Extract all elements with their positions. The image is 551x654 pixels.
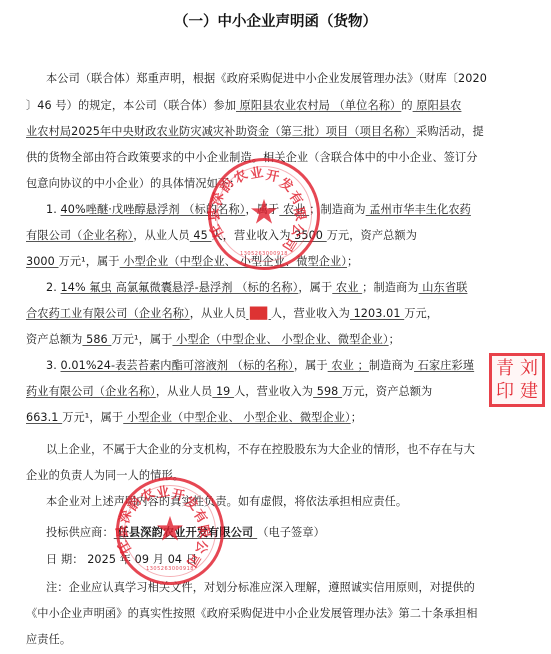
item-assets: 3000 (26, 255, 59, 268)
label: 万元， (404, 307, 438, 320)
note-line-2: 《中小企业声明函》的真实性按照《政府采购促进中小企业发展管理办法》第二十条承担相 (26, 607, 526, 621)
signature-note: （电子签章） (257, 526, 325, 539)
supplier-label: 投标供应商： (46, 526, 114, 539)
item-revenue: 3500 (291, 229, 327, 242)
label: ，从业人员 (190, 307, 246, 320)
item-industry: 农业 (279, 203, 309, 216)
label: 人，营业收入为 (271, 307, 350, 320)
personal-seal: 青 刘 印 建 (489, 353, 545, 407)
item-revenue: 1203.01 (350, 307, 404, 320)
item-manufacturer: 山东省联 (419, 281, 468, 294)
project-name-part1: 原阳县农 (413, 99, 462, 112)
seal-char: 青 (496, 360, 514, 378)
label: 万元¹，属于 (62, 411, 123, 424)
unit-name: 原阳县农业农村局 （单位名称） (236, 99, 401, 112)
label: ；制造商为 (309, 203, 365, 216)
item-index: 2. (46, 281, 57, 294)
label: 万元¹，属于 (111, 333, 172, 346)
item-size: 小型企业（中型企业、 小型企业、微型企业） (123, 411, 350, 424)
label: 万元，资产总额为 (342, 385, 432, 398)
item-manufacturer: 孟州市华丰生化农药 (366, 203, 471, 216)
intro-text: 本公司（联合体）郑重声明，根据《政府采购促进中小企业发展管理办法》（财库〔202… (46, 72, 487, 85)
intro-text: 采购活动，提 (416, 125, 484, 138)
item-index: 3. (46, 359, 57, 372)
supplier-name: 任县深韵农业开发有限公司 (114, 526, 257, 539)
item-3-line-1: 3. 0.01%24-表芸苔素内酯可溶液剂 （标的名称），属于 农业 ；制造商为… (26, 359, 546, 373)
punct: ； (347, 255, 358, 268)
seal-char: 建 (520, 383, 538, 401)
item-employees: ██ (246, 307, 271, 320)
item-industry: 农业 (332, 281, 362, 294)
item-2-line-1: 2. 14% 氟虫 高氯氟微囊悬浮-悬浮剂 （标的名称），属于 农业 ；制造商为… (26, 281, 546, 295)
label: 日 (186, 553, 197, 566)
label: 月 (153, 553, 164, 566)
item-manufacturer: 石家庄彩瑾 (414, 359, 474, 372)
item-assets: 586 (82, 333, 111, 346)
label: ，从业人员 (156, 385, 212, 398)
intro-text: 的 (401, 99, 412, 112)
item-subject: 40%唑醚·戊唑醇悬浮剂 （标的名称） (61, 203, 246, 216)
label: ；制造商为 (362, 281, 418, 294)
item-1-line-1: 1. 40%唑醚·戊唑醇悬浮剂 （标的名称），属于 农业 ；制造商为 孟州市华丰… (26, 203, 546, 217)
statement-line-1a: 以上企业，不属于大企业的分支机构，不存在控股股东为大企业的情形，也不存在与大 (26, 443, 546, 457)
item-manufacturer: 合农药工业有限公司（企业名称） (26, 307, 190, 320)
label: ，属于 (294, 359, 328, 372)
item-size: 小型企（中型企业、 小型企业、微型企业） (172, 333, 388, 346)
item-3-line-3: 663.1 万元¹，属于 小型企业（中型企业、 小型企业、微型企业）； (26, 411, 526, 425)
seal-char: 印 (496, 383, 514, 401)
item-employees: 45 (190, 229, 212, 242)
note-line-3: 应责任。 (26, 633, 526, 647)
item-1-line-2: 有限公司（企业名称），从业人员 45 人，营业收入为 3500 万元，资产总额为 (26, 229, 526, 243)
item-2-line-3: 资产总额为 586 万元¹，属于 小型企（中型企业、 小型企业、微型企业）； (26, 333, 526, 347)
item-subject: 0.01%24-表芸苔素内酯可溶液剂 （标的名称） (61, 359, 294, 372)
date-label: 日 期： (46, 553, 84, 566)
item-assets: 663.1 (26, 411, 62, 424)
document-title: （一）中小企业声明函（货物） (0, 10, 551, 31)
item-manufacturer: 药业有限公司（企业名称） (26, 385, 156, 398)
punct: ； (351, 411, 362, 424)
item-industry: 农业 ； (328, 359, 369, 372)
seal-char: 刘 (520, 360, 538, 378)
label: ，属于 (245, 203, 279, 216)
label: 资产总额为 (26, 333, 82, 346)
label: 万元¹，属于 (59, 255, 120, 268)
date-line: 日 期： 2025 年 09 月 04 日 (26, 553, 546, 567)
intro-line-4: 供的货物全部由符合政策要求的中小企业制造。相关企业（含联合体中的中小企业、签订分 (26, 151, 526, 165)
label: 人，营业收入为 (211, 229, 290, 242)
label: 年 (120, 553, 131, 566)
date-day: 04 (168, 553, 182, 566)
label: ，从业人员 (133, 229, 189, 242)
label: 人，营业收入为 (234, 385, 313, 398)
intro-line-2: 〕46 号）的规定，本公司（联合体）参加 原阳县农业农村局 （单位名称）的 原阳… (26, 99, 526, 113)
item-employees: 19 (212, 385, 234, 398)
item-index: 1. (46, 203, 57, 216)
item-manufacturer: 有限公司（企业名称） (26, 229, 133, 242)
intro-line-3: 业农村局2025年中央财政农业防灾减灾补助资金（第三批）项目（项目名称）采购活动… (26, 125, 526, 139)
intro-line-1: 本公司（联合体）郑重声明，根据《政府采购促进中小企业发展管理办法》（财库〔202… (26, 72, 546, 86)
label: ，属于 (298, 281, 332, 294)
item-3-line-2: 药业有限公司（企业名称），从业人员 19 人，营业收入为 598 万元，资产总额… (26, 385, 526, 399)
date-month: 09 (135, 553, 149, 566)
item-2-line-2: 合农药工业有限公司（企业名称），从业人员 ██ 人，营业收入为 1203.01 … (26, 307, 526, 321)
note-line-1: 注：企业应认真学习相关文件，对划分标准应深入理解，遵照诚实信用原则，对提供的 (26, 581, 546, 595)
label: 万元，资产总额为 (327, 229, 417, 242)
item-subject: 14% 氟虫 高氯氟微囊悬浮-悬浮剂 （标的名称） (61, 281, 299, 294)
punct: ； (389, 333, 400, 346)
item-revenue: 598 (313, 385, 342, 398)
date-year: 2025 (87, 553, 116, 566)
item-size: 小型企业（中型企业、 小型企业、微型企业） (120, 255, 347, 268)
statement-line-1b: 企业的负责人为同一人的情形。 (26, 469, 526, 483)
intro-text: 〕46 号）的规定，本公司（联合体）参加 (26, 99, 236, 112)
supplier-line: 投标供应商： 任县深韵农业开发有限公司 （电子签章） (26, 526, 546, 540)
item-1-line-3: 3000 万元¹，属于 小型企业（中型企业、 小型企业、微型企业）； (26, 255, 526, 269)
statement-line-2: 本企业对上述声明内容的真实性负责。如有虚假，将依法承担相应责任。 (26, 495, 546, 509)
intro-line-5: 包意向协议的中小企业）的具体情况如下： (26, 177, 526, 191)
label: 制造商为 (369, 359, 414, 372)
project-name-part2: 业农村局2025年中央财政农业防灾减灾补助资金（第三批）项目（项目名称） (26, 125, 416, 138)
